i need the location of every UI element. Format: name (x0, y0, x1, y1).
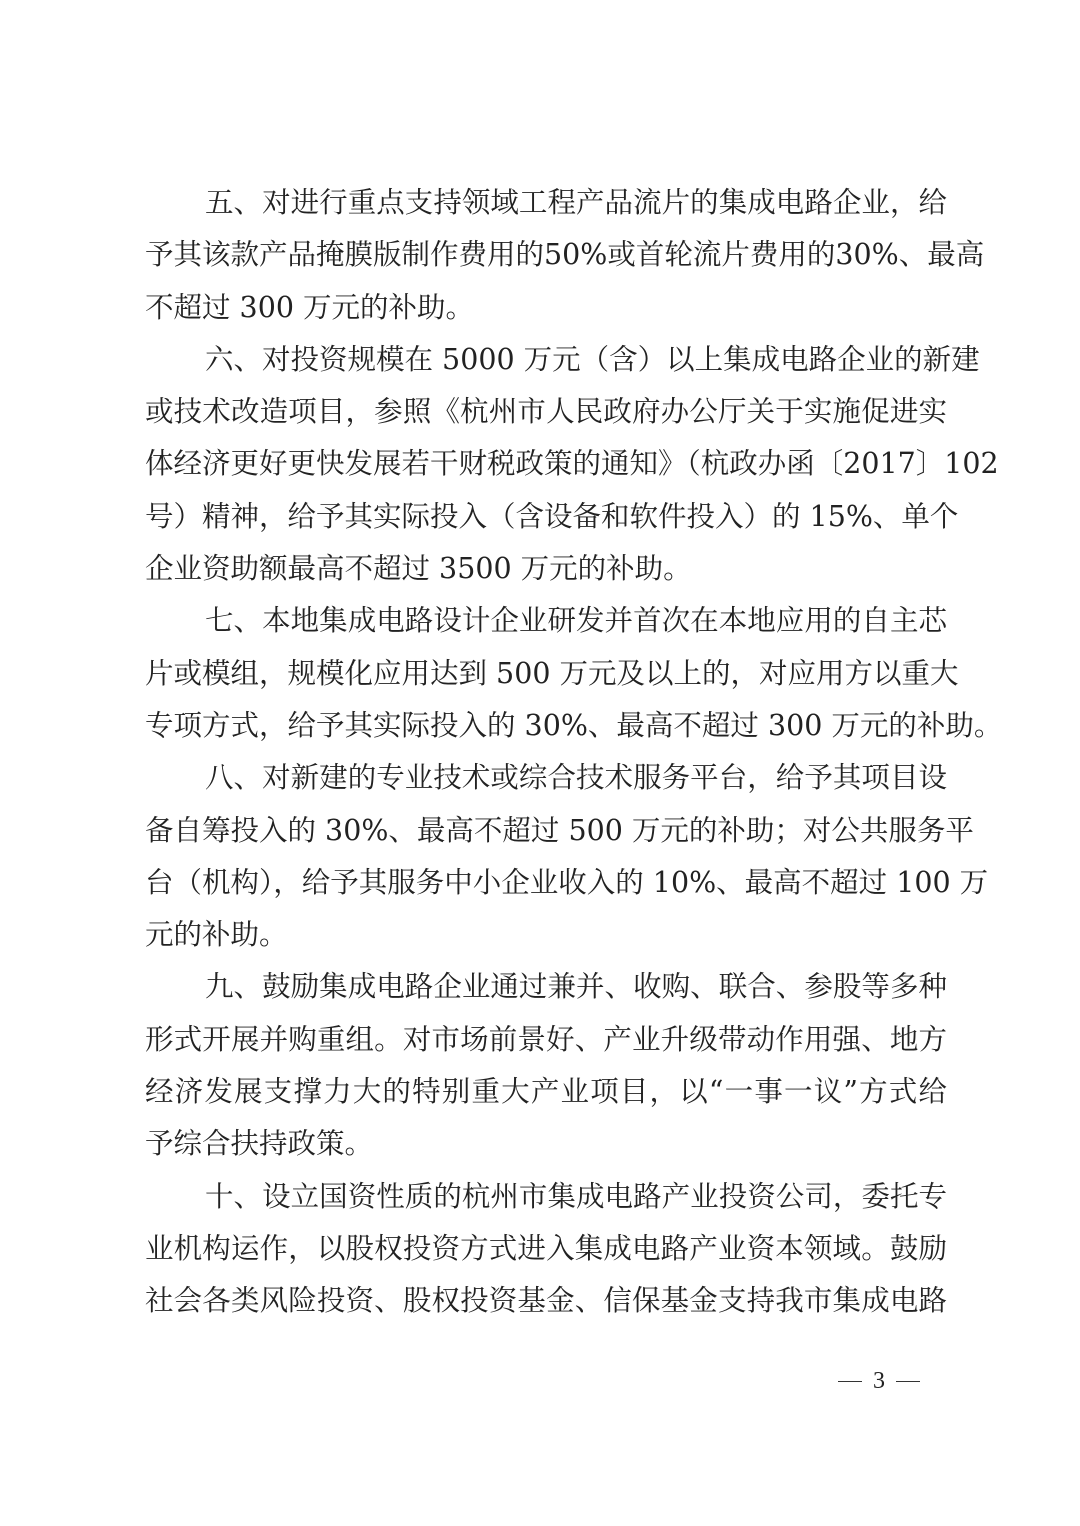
text-line: 号）精神，给予其实际投入（含设备和软件投入）的 15%、单个 (145, 491, 947, 543)
text-line: 予其该款产品掩膜版制作费用的50%或首轮流片费用的30%、最高 (145, 229, 947, 281)
text-line: 予综合扶持政策。 (145, 1118, 947, 1170)
text-line: 形式开展并购重组。对市场前景好、产业升级带动作用强、地方 (145, 1014, 947, 1066)
text-line: 备自筹投入的 30%、最高不超过 500 万元的补助；对公共服务平 (145, 805, 947, 857)
dash-right (896, 1381, 920, 1383)
text-line: 专项方式，给予其实际投入的 30%、最高不超过 300 万元的补助。 (145, 700, 947, 752)
text-line: 企业资助额最高不超过 3500 万元的补助。 (145, 543, 947, 595)
paragraph-item-10: 十、设立国资性质的杭州市集成电路产业投资公司，委托专 业机构运作，以股权投资方式… (145, 1171, 947, 1328)
page-number-value: 3 (873, 1368, 885, 1395)
text-line: 台（机构），给予其服务中小企业收入的 10%、最高不超过 100 万 (145, 857, 947, 909)
text-line: 元的补助。 (145, 909, 947, 961)
text-line: 业机构运作，以股权投资方式进入集成电路产业资本领域。鼓励 (145, 1223, 947, 1275)
paragraph-item-8: 八、对新建的专业技术或综合技术服务平台，给予其项目设 备自筹投入的 30%、最高… (145, 752, 947, 961)
paragraph-item-7: 七、本地集成电路设计企业研发并首次在本地应用的自主芯 片或模组，规模化应用达到 … (145, 595, 947, 752)
page-number: 3 (838, 1368, 920, 1395)
text-line: 五、对进行重点支持领域工程产品流片的集成电路企业，给 (145, 177, 947, 229)
text-line: 十、设立国资性质的杭州市集成电路产业投资公司，委托专 (145, 1171, 947, 1223)
text-line: 八、对新建的专业技术或综合技术服务平台，给予其项目设 (145, 752, 947, 804)
text-line: 九、鼓励集成电路企业通过兼并、收购、联合、参股等多种 (145, 961, 947, 1013)
text-line: 社会各类风险投资、股权投资基金、信保基金支持我市集成电路 (145, 1275, 947, 1327)
text-line: 或技术改造项目，参照《杭州市人民政府办公厅关于实施促进实 (145, 386, 947, 438)
paragraph-item-9: 九、鼓励集成电路企业通过兼并、收购、联合、参股等多种 形式开展并购重组。对市场前… (145, 961, 947, 1170)
paragraph-item-5: 五、对进行重点支持领域工程产品流片的集成电路企业，给 予其该款产品掩膜版制作费用… (145, 177, 947, 334)
text-line: 七、本地集成电路设计企业研发并首次在本地应用的自主芯 (145, 595, 947, 647)
text-line: 不超过 300 万元的补助。 (145, 282, 947, 334)
paragraph-item-6: 六、对投资规模在 5000 万元（含）以上集成电路企业的新建 或技术改造项目，参… (145, 334, 947, 595)
dash-left (838, 1381, 862, 1383)
document-body: 五、对进行重点支持领域工程产品流片的集成电路企业，给 予其该款产品掩膜版制作费用… (145, 177, 947, 1328)
text-line: 六、对投资规模在 5000 万元（含）以上集成电路企业的新建 (145, 334, 947, 386)
text-line: 经济发展支撑力大的特别重大产业项目，以“一事一议”方式给 (145, 1066, 947, 1118)
text-line: 片或模组，规模化应用达到 500 万元及以上的，对应用方以重大 (145, 648, 947, 700)
text-line: 体经济更好更快发展若干财税政策的通知》（杭政办函〔2017〕102 (145, 438, 947, 490)
